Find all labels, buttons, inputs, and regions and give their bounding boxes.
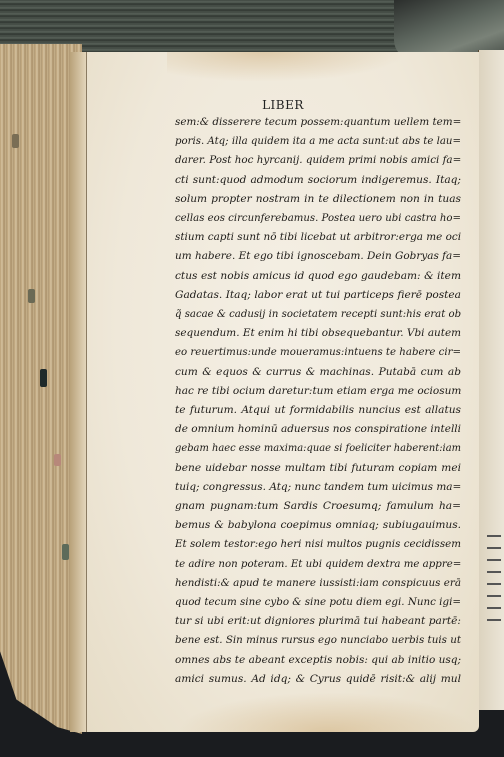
facing-page-text-fragment [487,619,501,621]
bookmark-tab [40,369,47,387]
facing-page-text-fragment [487,535,501,537]
text-line: Gadatas. Itaq; labor erat ut tui partice… [175,286,461,305]
text-line: hendisti:& apud te manere iussisti:iam c… [175,574,461,593]
text-line: hac re tibi ocium daretur:tum etiam erga… [175,382,461,401]
text-line: te futurum. Atqui ut formidabilis nunciu… [175,401,461,420]
text-line: omnes abs te abeant exceptis nobis: qui … [175,651,461,670]
body-text: sem:& disserere tecum possem:quantum uel… [175,113,461,689]
text-line: Et solem testor:ego heri nisi multos pug… [175,535,461,554]
text-line: cti sunt:quod admodum sociorum indigerem… [175,171,461,190]
text-line: sequendum. Et enim hi tibi obsequebantur… [175,324,461,343]
facing-page-edge [478,50,504,710]
facing-page-text-fragment [487,547,501,549]
text-line: tur si ubi erit:ut digniores plurimā tui… [175,612,461,631]
bookmark-tab [28,289,35,303]
text-line: poris. Atq; illa quidem ita a me acta su… [175,132,461,151]
bookmark-tab [54,454,61,466]
bookmark-tab [12,134,19,148]
text-line: gebam haec esse maxima:quae si foelicite… [175,439,461,458]
water-stain [177,692,477,732]
text-line: bene est. Sin minus rursus ego nunciabo … [175,631,461,650]
text-line: um habere. Et ego tibi ignoscebam. Dein … [175,247,461,266]
text-line: tuiq; congressus. Atq; nunc tandem tum u… [175,478,461,497]
text-line: de omnium hominū aduersus nos conspirati… [175,420,461,439]
bookmark-tab [62,544,69,560]
text-line: solum propter nostram in te dilectionem … [175,190,461,209]
text-line: ctus est nobis amicus id quod ego gaudeb… [175,267,461,286]
text-line: cellas eos circunferebamus. Postea uero … [175,209,461,228]
text-line: gnam pugnam:tum Sardis Croesumq; famulum… [175,497,461,516]
facing-page-text-fragment [487,607,501,609]
water-stain [167,52,407,82]
facing-page-text-fragment [487,583,501,585]
text-line: bemus & babylona coepimus omniaq; subiug… [175,516,461,535]
text-line: stium capti sunt nō tibi licebat ut arbi… [175,228,461,247]
text-line: te adire non poteram. Et ubi quidem dext… [175,555,461,574]
facing-page-text-fragment [487,595,501,597]
text-line: eo reuertimus:unde moueramus:intuens te … [175,343,461,362]
book-page: LIBER sem:& disserere tecum possem:quant… [86,52,479,732]
text-line: cum & equos & currus & machinas. Putabā … [175,363,461,382]
text-line: amici sumus. Ad idq; & Cyrus quidē risit… [175,670,461,689]
running-head: LIBER [87,98,479,112]
text-line: sem:& disserere tecum possem:quantum uel… [175,113,461,132]
text-line: q̃ sacae & cadusij in societatem recepti… [175,305,461,324]
facing-page-text-fragment [487,559,501,561]
text-line: bene uidebar nosse multam tibi futuram c… [175,459,461,478]
text-line: quod tecum sine cybo & sine potu diem eg… [175,593,461,612]
facing-page-text-fragment [487,571,501,573]
text-line: darer. Post hoc hyrcanij. quidem primi n… [175,151,461,170]
